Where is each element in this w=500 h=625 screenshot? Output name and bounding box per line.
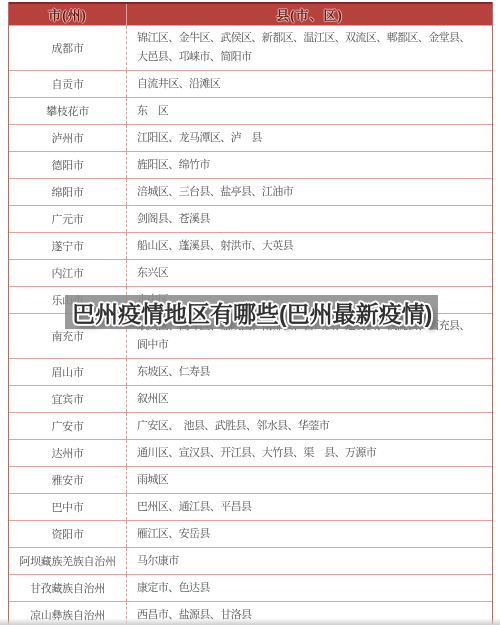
- counties-cell: 自流井区、沿滩区: [126, 71, 492, 97]
- county-line: 叙州区: [137, 390, 486, 409]
- county-line: 通川区、宣汉县、开江县、大竹县、渠 县、万源市: [137, 444, 486, 463]
- counties-cell: 雁江区、安岳县: [126, 521, 492, 547]
- city-cell: 泸州市: [9, 125, 126, 151]
- city-cell: 内江市: [9, 260, 126, 286]
- county-line: 剑阁县、苍溪县: [137, 210, 486, 229]
- counties-cell: 康定市、色达县: [126, 575, 492, 601]
- city-cell: 广元市: [9, 206, 126, 232]
- table-row: 甘孜藏族自治州康定市、色达县: [9, 574, 492, 601]
- table-row: 广元市剑阁县、苍溪县: [9, 205, 492, 232]
- counties-cell: 广安区、 池县、武胜县、邻水县、华蓥市: [126, 413, 492, 439]
- city-cell: 雅安市: [9, 467, 126, 493]
- county-line: 马尔康市: [137, 552, 486, 571]
- table-row: 绵阳市涪城区、三台县、盐亭县、江油市: [9, 178, 492, 205]
- bottom-shadow: [0, 618, 500, 625]
- city-cell: 甘孜藏族自治州: [9, 575, 126, 601]
- table-row: 资阳市雁江区、安岳县: [9, 520, 492, 547]
- counties-cell: 涪城区、三台县、盐亭县、江油市: [126, 179, 492, 205]
- county-line: 东兴区: [137, 264, 486, 283]
- county-line: 广安区、 池县、武胜县、邻水县、华蓥市: [137, 417, 486, 436]
- counties-cell: 东 区: [126, 98, 492, 124]
- county-line: 锦江区、金牛区、武侯区、新都区、温江区、双流区、郫都区、金堂县、: [137, 29, 486, 48]
- table-header-row: 市(州) 县(市、区): [9, 2, 492, 25]
- table-row: 广安市广安区、 池县、武胜县、邻水县、华蓥市: [9, 412, 492, 439]
- counties-cell: 雨城区: [126, 467, 492, 493]
- table-row: 巴中市巴州区、通江县、平昌县: [9, 493, 492, 520]
- table-row: 内江市东兴区: [9, 259, 492, 286]
- county-line: 船山区、蓬溪县、射洪市、大英县: [137, 237, 486, 256]
- header-cell-city: 市(州): [9, 4, 126, 25]
- counties-cell: 巴州区、通江县、平昌县: [126, 494, 492, 520]
- city-cell: 巴中市: [9, 494, 126, 520]
- county-line: 涪城区、三台县、盐亭县、江油市: [137, 183, 486, 202]
- table-row: 成都市锦江区、金牛区、武侯区、新都区、温江区、双流区、郫都区、金堂县、大邑县、邛…: [9, 25, 492, 70]
- city-cell: 攀枝花市: [9, 98, 126, 124]
- counties-cell: 叙州区: [126, 386, 492, 412]
- city-cell: 广安市: [9, 413, 126, 439]
- table-row: 雅安市雨城区: [9, 466, 492, 493]
- header-cell-county: 县(市、区): [126, 4, 492, 25]
- counties-cell: 剑阁县、苍溪县: [126, 206, 492, 232]
- county-line: 阆中市: [137, 336, 486, 355]
- city-cell: 德阳市: [9, 152, 126, 178]
- county-line: 江阳区、龙马潭区、泸 县: [137, 129, 486, 148]
- county-line: 旌阳区、绵竹市: [137, 156, 486, 175]
- table-row: 自贡市自流井区、沿滩区: [9, 70, 492, 97]
- city-cell: 遂宁市: [9, 233, 126, 259]
- city-cell: 眉山市: [9, 359, 126, 385]
- city-cell: 成都市: [9, 26, 126, 70]
- table-row: 德阳市旌阳区、绵竹市: [9, 151, 492, 178]
- counties-cell: 旌阳区、绵竹市: [126, 152, 492, 178]
- counties-cell: 江阳区、龙马潭区、泸 县: [126, 125, 492, 151]
- counties-cell: 锦江区、金牛区、武侯区、新都区、温江区、双流区、郫都区、金堂县、大邑县、邛崃市、…: [126, 26, 492, 70]
- counties-cell: 通川区、宣汉县、开江县、大竹县、渠 县、万源市: [126, 440, 492, 466]
- page-title: 巴州疫情地区有哪些(巴州最新疫情): [65, 296, 432, 329]
- county-line: 巴州区、通江县、平昌县: [137, 498, 486, 517]
- county-line: 大邑县、邛崃市、简阳市: [137, 48, 486, 67]
- county-line: 康定市、色达县: [137, 579, 486, 598]
- city-cell: 宜宾市: [9, 386, 126, 412]
- table-row: 宜宾市叙州区: [9, 385, 492, 412]
- city-cell: 阿坝藏族羌族自治州: [9, 548, 126, 574]
- county-line: 东坡区、仁寿县: [137, 363, 486, 382]
- table-row: 遂宁市船山区、蓬溪县、射洪市、大英县: [9, 232, 492, 259]
- city-cell: 自贡市: [9, 71, 126, 97]
- county-line: 东 区: [137, 102, 486, 121]
- title-overlay-band: 巴州疫情地区有哪些(巴州最新疫情): [65, 295, 438, 329]
- counties-cell: 马尔康市: [126, 548, 492, 574]
- table-row: 眉山市东坡区、仁寿县: [9, 358, 492, 385]
- city-cell: 绵阳市: [9, 179, 126, 205]
- counties-cell: 船山区、蓬溪县、射洪市、大英县: [126, 233, 492, 259]
- table-row: 泸州市江阳区、龙马潭区、泸 县: [9, 124, 492, 151]
- city-cell: 达州市: [9, 440, 126, 466]
- counties-cell: 东兴区: [126, 260, 492, 286]
- table-row: 阿坝藏族羌族自治州马尔康市: [9, 547, 492, 574]
- county-line: 自流井区、沿滩区: [137, 75, 486, 94]
- counties-cell: 东坡区、仁寿县: [126, 359, 492, 385]
- table-row: 攀枝花市东 区: [9, 97, 492, 124]
- county-line: 雁江区、安岳县: [137, 525, 486, 544]
- county-line: 雨城区: [137, 471, 486, 490]
- city-cell: 资阳市: [9, 521, 126, 547]
- table-row: 达州市通川区、宣汉县、开江县、大竹县、渠 县、万源市: [9, 439, 492, 466]
